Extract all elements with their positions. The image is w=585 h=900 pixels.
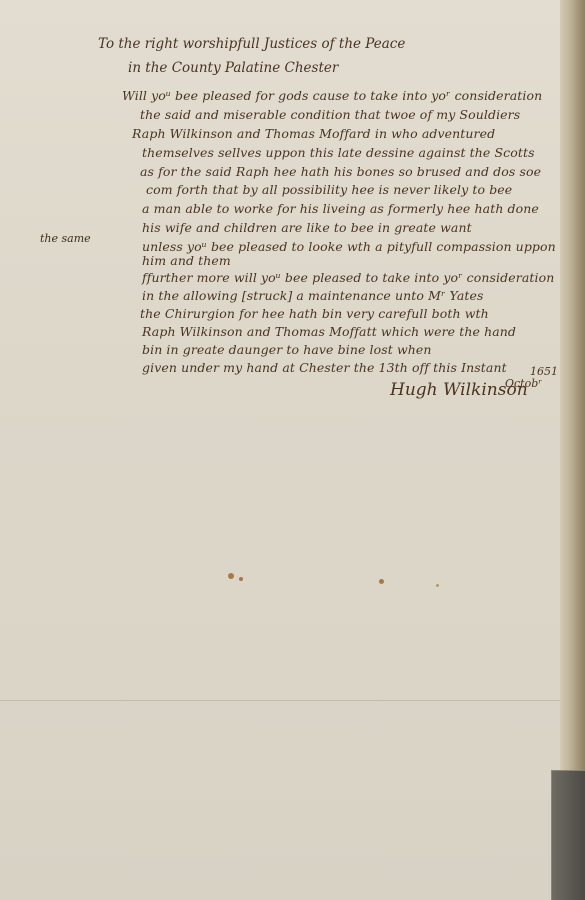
address-line-2: in the County Palatine Chester [128,62,338,76]
foxing-spot [436,584,439,587]
foxing-spot [379,579,384,584]
body-line-8: his wife and children are like to bee in… [142,222,472,235]
foxing-spot [228,573,234,579]
body-line-1: Will yoᵘ bee pleased for gods cause to t… [122,90,542,103]
body-line-13: the Chirurgion for hee hath bin very car… [140,308,489,321]
body-line-15: bin in greate daunger to have bine lost … [142,344,432,357]
page-edge [560,0,585,900]
signature: Hugh Wilkinson [390,382,528,399]
body-line-5: as for the said Raph hee hath his bones … [140,166,541,179]
address-line-1: To the right worshipfull Justices of the… [98,38,405,52]
body-line-2: the said and miserable condition that tw… [140,109,520,122]
body-line-16: given under my hand at Chester the 13th … [142,362,507,375]
margin-note: the same [40,233,91,244]
body-line-12: in the allowing [struck] a maintenance u… [142,290,484,303]
binding-tab [551,770,585,900]
body-line-10: him and them [142,255,231,268]
manuscript-page: To the right worshipfull Justices of the… [0,0,572,900]
body-line-14: Raph Wilkinson and Thomas Moffatt which … [142,326,516,339]
body-line-3: Raph Wilkinson and Thomas Moffard in who… [132,128,495,141]
foxing-spot [239,577,243,581]
body-line-4: themselves sellves uppon this late dessi… [142,147,535,160]
date-year: 1651 [530,366,558,377]
body-line-11: ffurther more will yoᵘ bee pleased to ta… [142,272,554,285]
body-line-7: a man able to worke for his liveing as f… [142,203,539,216]
body-line-6: com forth that by all possibility hee is… [146,184,512,197]
body-line-9: unless yoᵘ bee pleased to looke wth a pi… [142,241,556,254]
